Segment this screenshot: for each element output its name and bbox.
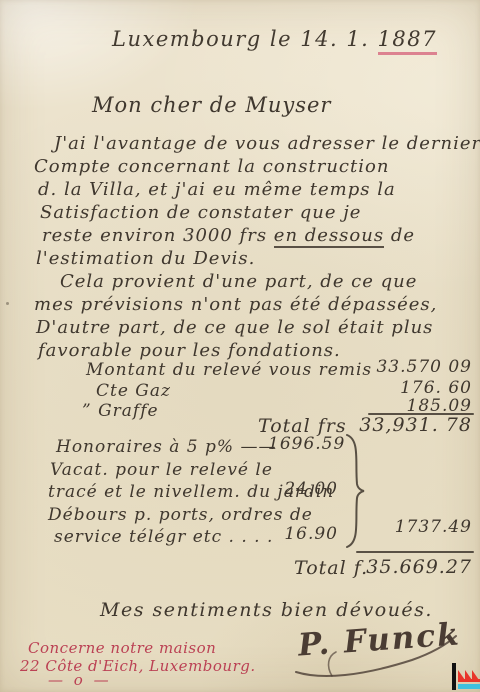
table2-row5-amount: 16.90	[268, 525, 338, 544]
table1-row2-label: Cte Gaz	[96, 382, 171, 401]
para1-line3: d. la Villa, et j'ai eu même temps la	[38, 180, 396, 200]
annotation-line3: — o —	[48, 672, 112, 689]
para1-line1: J'ai l'avantage de vous adresser le dern…	[54, 134, 480, 154]
para2-line3: D'autre part, de ce que le sol était plu…	[36, 318, 433, 338]
table1-row1-amount: 33.570 09	[376, 358, 472, 377]
ink-rule-table2	[356, 551, 474, 553]
dateline: Luxembourg le 14. 1. 1887	[112, 28, 437, 51]
table2-total-label: Total f.	[294, 558, 368, 579]
table1-row1-label: Montant du relevé vous remis	[86, 361, 372, 380]
table2-row4-label: Débours p. ports, ordres de	[48, 506, 313, 525]
dateline-text: Luxembourg le 14. 1.	[112, 27, 378, 51]
salutation: Mon cher de Muyser	[92, 94, 331, 117]
table2-total-amount: 35.669.27	[366, 557, 472, 578]
scanned-letter-page: Luxembourg le 14. 1. 1887 Mon cher de Mu…	[0, 0, 480, 692]
table2-row3-amount: 24.00	[268, 480, 338, 499]
table1-row3-label: ” Graffe	[82, 402, 159, 421]
para1-line6: l'estimation du Devis.	[36, 249, 255, 269]
table1-row2-amount: 176. 60	[400, 379, 472, 398]
table2-subtotal: 1737.49	[395, 518, 472, 537]
para1-line5-pre: reste environ 3000 frs	[42, 225, 274, 246]
para2-line1: Cela provient d'une part, de ce que	[60, 272, 417, 292]
closing: Mes sentiments bien dévoués.	[100, 600, 433, 621]
para1-line5: reste environ 3000 frs en dessous de	[42, 226, 415, 246]
table2-row5-label: service télégr etc . . . .	[54, 528, 273, 547]
grouping-brace	[344, 432, 368, 550]
table2-row2-label: Vacat. pour le relevé le	[50, 461, 273, 480]
para1-line4: Satisfaction de constater que je	[40, 203, 361, 223]
signature: P. Funck	[298, 622, 468, 682]
table1-total-amount: 33,931. 78	[359, 415, 472, 436]
table2-row1-label: Honoraires à 5 p% ——	[56, 438, 276, 457]
para2-line4: favorable pour les fondations.	[38, 341, 341, 361]
dateline-year: 1887	[378, 27, 437, 55]
annotation-line1: Concerne notre maison	[28, 640, 216, 657]
paper-speck	[6, 302, 9, 305]
signature-flourish	[292, 622, 462, 680]
table2-row1-amount: 1696.59	[268, 435, 338, 454]
factory-logo-icon	[450, 662, 480, 692]
para1-line2: Compte concernant la construction	[34, 157, 389, 177]
para1-line5-underlined: en dessous	[274, 225, 384, 248]
para1-line5-post: de	[384, 225, 415, 246]
para2-line2: mes prévisions n'ont pas été dépassées,	[34, 295, 437, 315]
